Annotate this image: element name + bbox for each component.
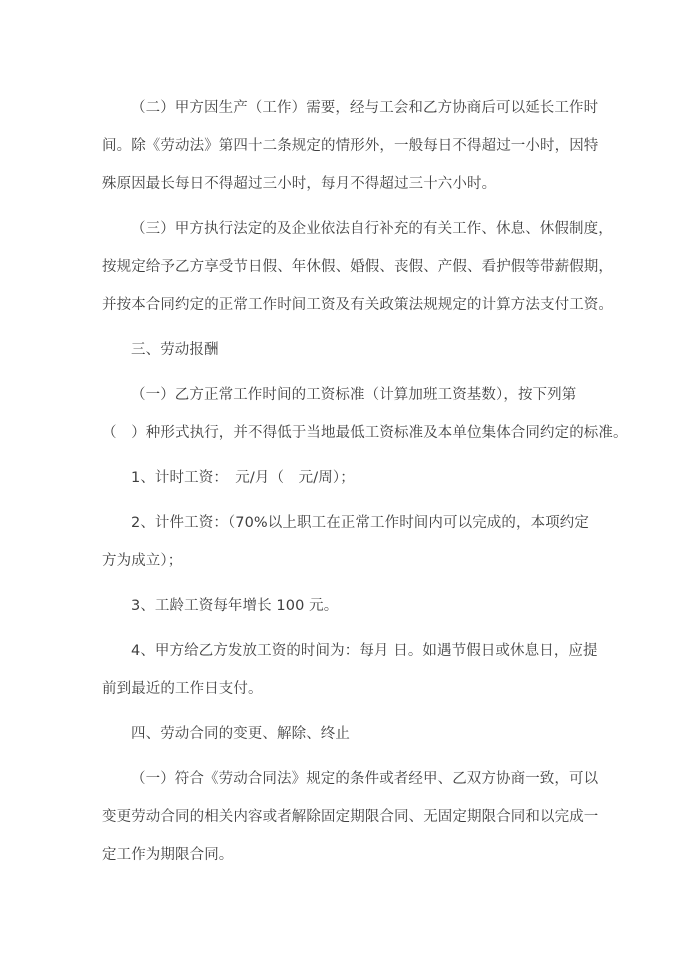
paragraph: 4、甲方给乙方发放工资的时间为：每月 日。如遇节假日或休息日，应提前到最近的工作…	[102, 632, 593, 708]
text-line: 定工作为期限合同。	[102, 836, 593, 874]
paragraph: 3、工龄工资每年增长 100 元。	[102, 587, 593, 625]
paragraph: （一）乙方正常工作时间的工资标准（计算加班工资基数），按下列第（ ）种形式执行，…	[102, 376, 593, 452]
paragraph: 2、计件工资：（70%以上职工在正常工作时间内可以完成的，本项约定方为成立）；	[102, 504, 593, 580]
text-line: （三）甲方执行法定的及企业依法自行补充的有关工作、休息、休假制度，	[102, 210, 593, 248]
text-line: 前到最近的工作日支付。	[102, 670, 593, 708]
text-line: 方为成立）；	[102, 542, 593, 580]
text-line: （二）甲方因生产（工作）需要，经与工会和乙方协商后可以延长工作时	[102, 89, 593, 127]
section-heading: 四、劳动合同的变更、解除、终止	[102, 715, 593, 753]
paragraph: （二）甲方因生产（工作）需要，经与工会和乙方协商后可以延长工作时间。除《劳动法》…	[102, 89, 593, 203]
text-line: 变更劳动合同的相关内容或者解除固定期限合同、无固定期限合同和以完成一	[102, 798, 593, 836]
section-heading-text: 三、劳动报酬	[102, 331, 593, 369]
text-line: 4、甲方给乙方发放工资的时间为：每月 日。如遇节假日或休息日，应提	[102, 632, 593, 670]
paragraph: （三）甲方执行法定的及企业依法自行补充的有关工作、休息、休假制度，按规定给予乙方…	[102, 210, 593, 324]
text-line: 按规定给予乙方享受节日假、年休假、婚假、丧假、产假、看护假等带薪假期，	[102, 248, 593, 286]
section-heading-text: 四、劳动合同的变更、解除、终止	[102, 715, 593, 753]
text-line: 3、工龄工资每年增长 100 元。	[102, 587, 593, 625]
document-body: （二）甲方因生产（工作）需要，经与工会和乙方协商后可以延长工作时间。除《劳动法》…	[102, 89, 593, 874]
text-line: 殊原因最长每日不得超过三小时，每月不得超过三十六小时。	[102, 165, 593, 203]
text-line: （一）符合《劳动合同法》规定的条件或者经甲、乙双方协商一致，可以	[102, 760, 593, 798]
paragraph: 1、计时工资： 元/月（ 元/周）；	[102, 459, 593, 497]
paragraph: （一）符合《劳动合同法》规定的条件或者经甲、乙双方协商一致，可以变更劳动合同的相…	[102, 760, 593, 874]
text-line: 间。除《劳动法》第四十二条规定的情形外，一般每日不得超过一小时，因特	[102, 127, 593, 165]
section-heading: 三、劳动报酬	[102, 331, 593, 369]
text-line: （ ）种形式执行，并不得低于当地最低工资标准及本单位集体合同约定的标准。	[102, 414, 593, 452]
text-line: （一）乙方正常工作时间的工资标准（计算加班工资基数），按下列第	[102, 376, 593, 414]
document-page: （二）甲方因生产（工作）需要，经与工会和乙方协商后可以延长工作时间。除《劳动法》…	[0, 0, 690, 976]
text-line: 1、计时工资： 元/月（ 元/周）；	[102, 459, 593, 497]
text-line: 并按本合同约定的正常工作时间工资及有关政策法规规定的计算方法支付工资。	[102, 286, 593, 324]
text-line: 2、计件工资：（70%以上职工在正常工作时间内可以完成的，本项约定	[102, 504, 593, 542]
